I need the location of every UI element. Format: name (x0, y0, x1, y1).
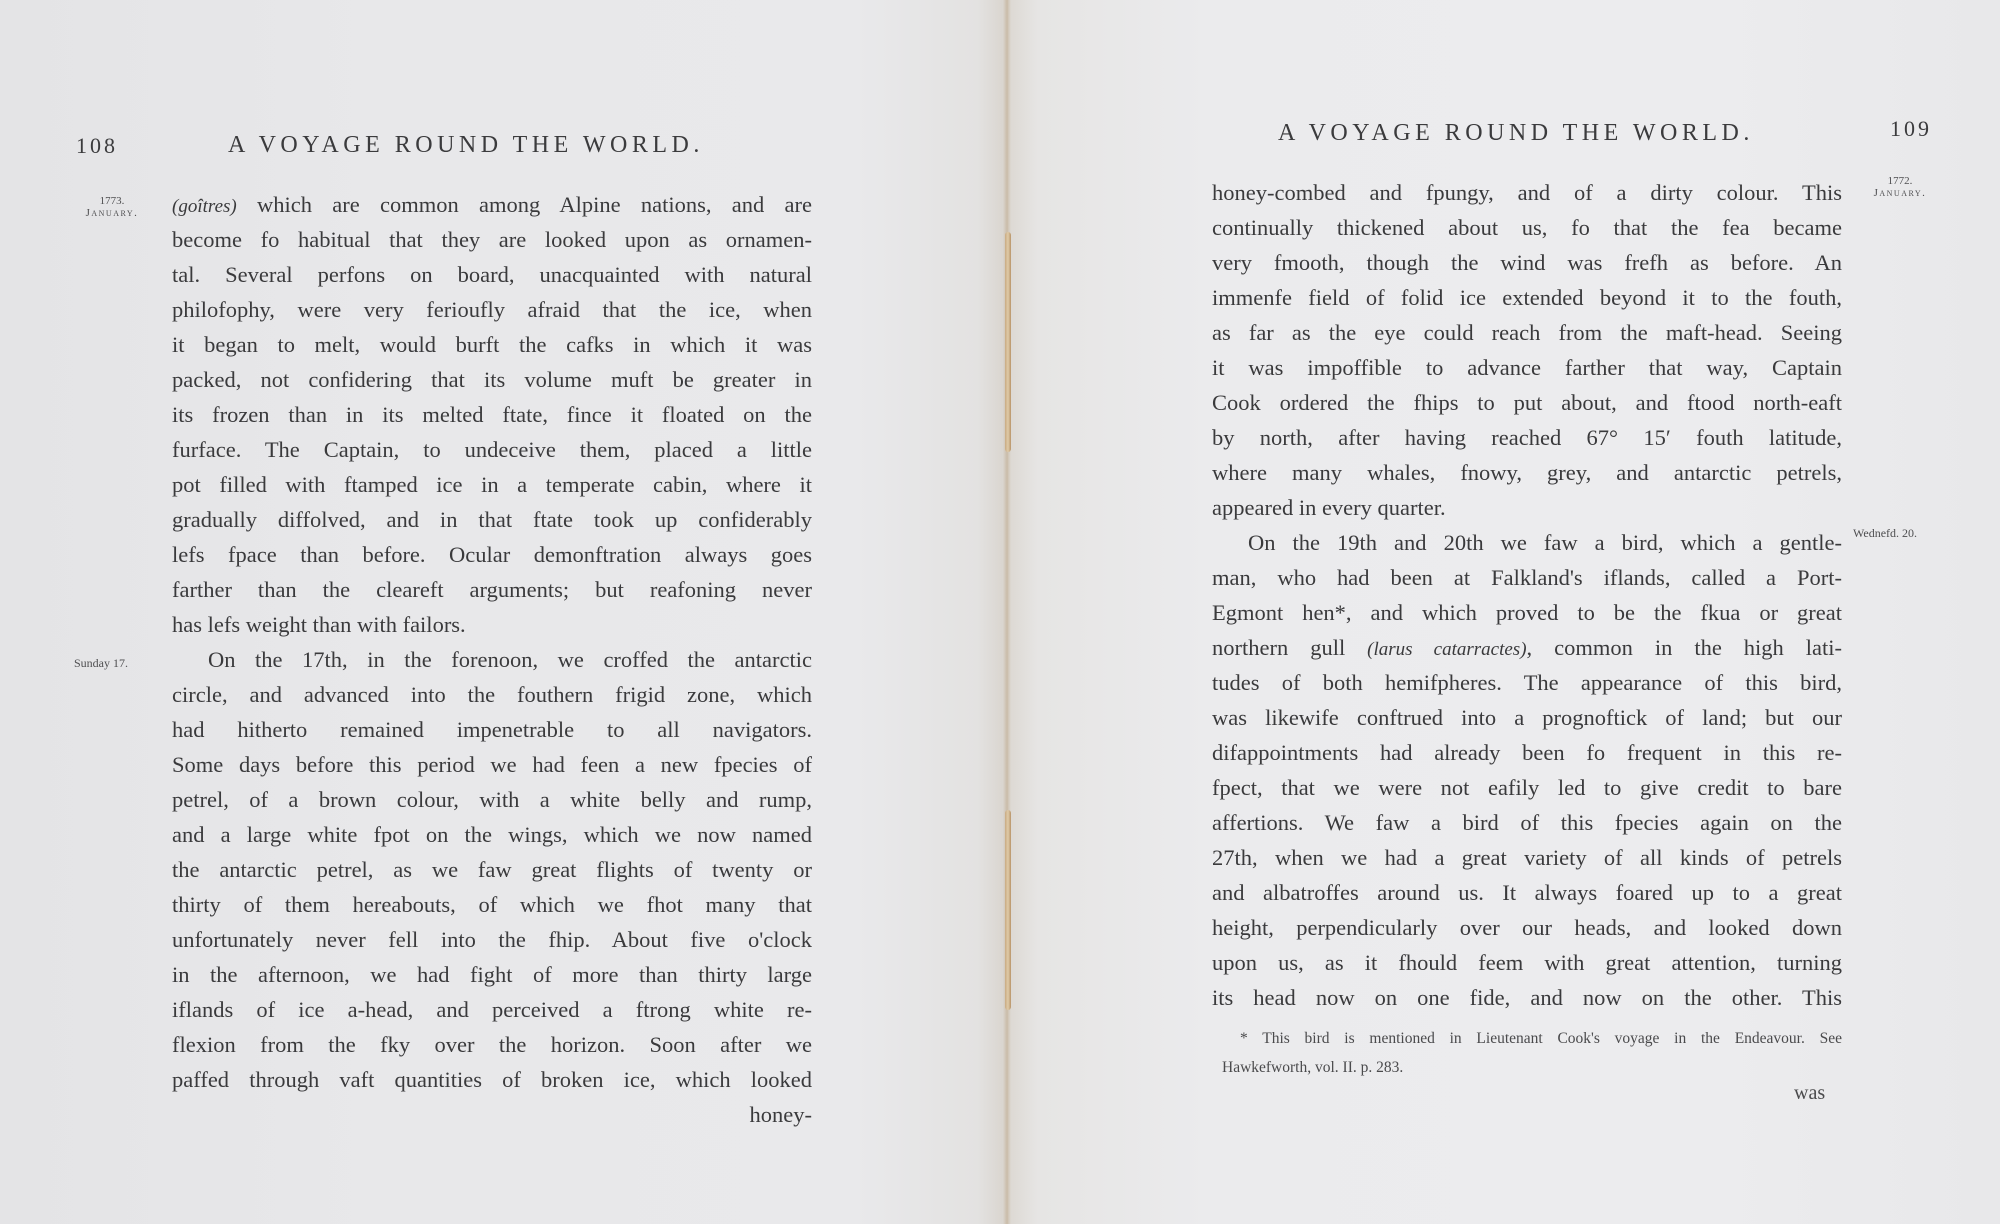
text-line: (goîtres) which are common among Alpine … (172, 187, 812, 222)
text-line: Egmont hen*, and which proved to be the … (1212, 595, 1842, 630)
catchword: was (1794, 1082, 1825, 1105)
text-line: honey-combed and fpungy, and of a dirty … (1212, 175, 1842, 210)
catchword: honey- (172, 1097, 812, 1132)
text-line: was likewife conftrued into a prognoftic… (1212, 700, 1842, 735)
footnote-line: * This bird is mentioned in Lieutenant C… (1222, 1024, 1842, 1053)
margin-note-day: Sunday 17. (74, 657, 128, 670)
text-line: pot filled with ftamped ice in a tempera… (172, 467, 812, 502)
text-line: in the afternoon, we had fight of more t… (172, 957, 812, 992)
book-spread: 108 A VOYAGE ROUND THE WORLD. 1773. Janu… (0, 0, 2000, 1224)
margin-month: January. (1860, 188, 1940, 200)
paragraph-start: On the 17th, in the forenoon, we croffed… (172, 642, 812, 677)
right-page: A VOYAGE ROUND THE WORLD. 109 1772. Janu… (1008, 0, 2000, 1224)
text-line: Cook ordered the fhips to put about, and… (1212, 385, 1842, 420)
text-line: flexion from the fky over the horizon. S… (172, 1027, 812, 1062)
text-line: where many whales, fnowy, grey, and anta… (1212, 455, 1842, 490)
italic-term: (larus catarractes) (1367, 639, 1526, 660)
text-line: the antarctic petrel, as we faw great fl… (172, 852, 812, 887)
text-line: thirty of them hereabouts, of which we f… (172, 887, 812, 922)
text-line: very fmooth, though the wind was frefh a… (1212, 245, 1842, 280)
text-line: it began to melt, would burft the cafks … (172, 327, 812, 362)
text-line: furface. The Captain, to undeceive them,… (172, 432, 812, 467)
text-line: man, who had been at Falkland's iflands,… (1212, 560, 1842, 595)
binding-thread (1005, 232, 1011, 452)
text-line: affertions. We faw a bird of this fpecie… (1212, 805, 1842, 840)
text-line: and a large white fpot on the wings, whi… (172, 817, 812, 852)
text-line: continually thickened about us, fo that … (1212, 210, 1842, 245)
text-line: fpect, that we were not eafily led to gi… (1212, 770, 1842, 805)
text-line: circle, and advanced into the fouthern f… (172, 677, 812, 712)
text-line: immenfe field of folid ice extended beyo… (1212, 280, 1842, 315)
text-line: lefs fpace than before. Ocular demonftra… (172, 537, 812, 572)
text-line: become fo habitual that they are looked … (172, 222, 812, 257)
page-number: 109 (1890, 116, 1932, 142)
margin-note-day: Wednefd. 20. (1853, 527, 1917, 540)
text-line: it was impoffible to advance farther tha… (1212, 350, 1842, 385)
margin-note-date: 1772. January. (1860, 176, 1940, 199)
text-line: difappointments had already been fo freq… (1212, 735, 1842, 770)
text-line: gradually diffolved, and in that ftate t… (172, 502, 812, 537)
text-line: has lefs weight than with failors. (172, 607, 812, 642)
text-line: paffed through vaft quantities of broken… (172, 1062, 812, 1097)
text-line: its head now on one fide, and now on the… (1212, 980, 1842, 1015)
body-text: honey-combed and fpungy, and of a dirty … (1212, 175, 1842, 1015)
text-line: tudes of both hemifpheres. The appearanc… (1212, 665, 1842, 700)
text-line: Some days before this period we had feen… (172, 747, 812, 782)
text-line: iflands of ice a-head, and perceived a f… (172, 992, 812, 1027)
text-line: by north, after having reached 67° 15′ f… (1212, 420, 1842, 455)
left-page: 108 A VOYAGE ROUND THE WORLD. 1773. Janu… (0, 0, 1008, 1224)
text-line: its frozen than in its melted ftate, fin… (172, 397, 812, 432)
italic-term: (goîtres) (172, 196, 237, 217)
text-line: petrel, of a brown colour, with a white … (172, 782, 812, 817)
paragraph-start: On the 19th and 20th we faw a bird, whic… (1212, 525, 1842, 560)
text-line: philofophy, were very ferioufly afraid t… (172, 292, 812, 327)
margin-note-date: 1773. January. (72, 196, 152, 219)
running-head: A VOYAGE ROUND THE WORLD. (228, 132, 704, 159)
page-number: 108 (76, 133, 118, 159)
text-line: tal. Several perfons on board, unacquain… (172, 257, 812, 292)
text-line: upon us, as it fhould feem with great at… (1212, 945, 1842, 980)
margin-month: January. (72, 208, 152, 220)
text-line: appeared in every quarter. (1212, 490, 1842, 525)
text-line: height, perpendicularly over our heads, … (1212, 910, 1842, 945)
text-line: unfortunately never fell into the fhip. … (172, 922, 812, 957)
text-line: northern gull (larus catarractes), commo… (1212, 630, 1842, 665)
book-gutter (1003, 0, 1011, 1224)
text-line: and albatroffes around us. It always foa… (1212, 875, 1842, 910)
text-line: packed, not confidering that its volume … (172, 362, 812, 397)
binding-thread (1005, 810, 1011, 1010)
text-line: 27th, when we had a great variety of all… (1212, 840, 1842, 875)
footnote: * This bird is mentioned in Lieutenant C… (1222, 1024, 1842, 1082)
footnote-line: Hawkefworth, vol. II. p. 283. (1222, 1053, 1842, 1082)
text-line: as far as the eye could reach from the m… (1212, 315, 1842, 350)
text-line: had hitherto remained impenetrable to al… (172, 712, 812, 747)
margin-year: 1772. (1860, 176, 1940, 188)
body-text: (goîtres) which are common among Alpine … (172, 187, 812, 1132)
margin-year: 1773. (72, 196, 152, 208)
text-line: farther than the cleareft arguments; but… (172, 572, 812, 607)
running-head: A VOYAGE ROUND THE WORLD. (1278, 120, 1754, 147)
